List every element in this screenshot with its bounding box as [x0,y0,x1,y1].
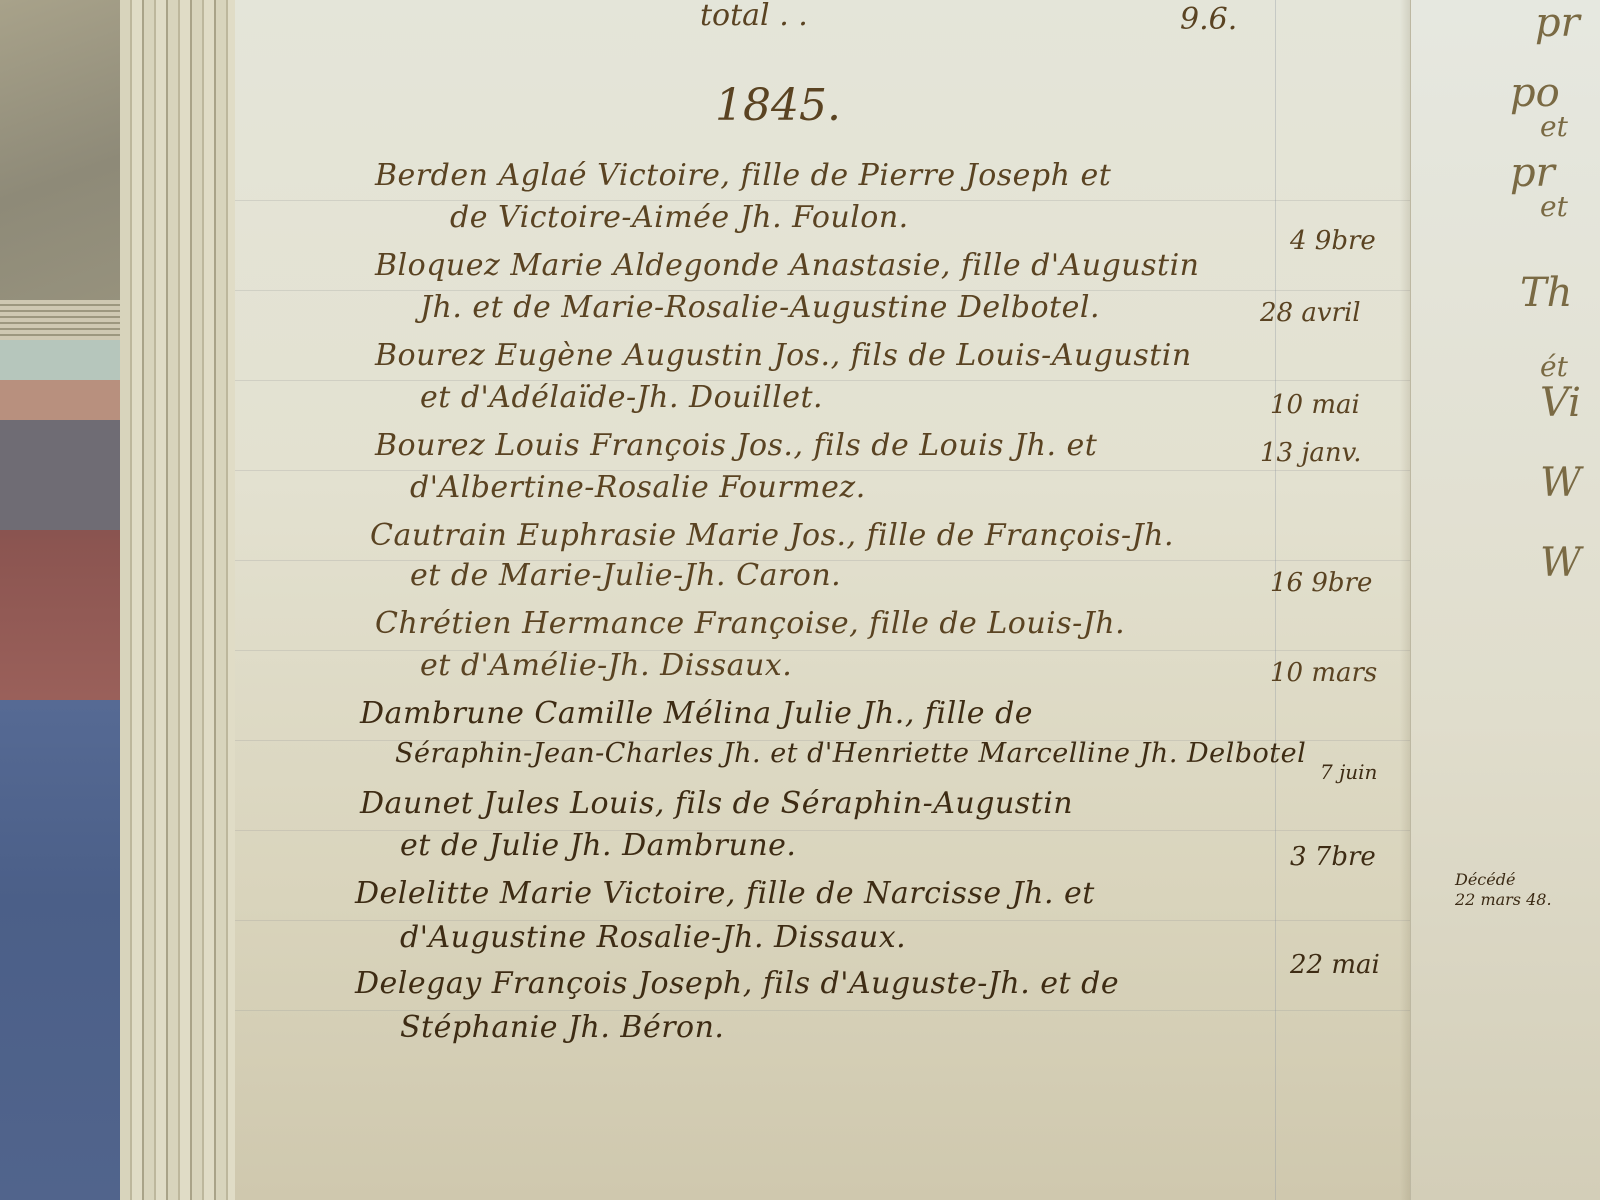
register-year: 1845. [715,80,841,131]
entry-date: 10 mars [1270,658,1377,688]
entry-parent-line: et de Marie-Julie-Jh. Caron. [410,558,841,593]
desk-surface-red [0,530,140,700]
entry-name-line: Bourez Louis François Jos., fils de Loui… [375,428,1097,463]
margin-note-deceased: Décédé [1455,870,1515,889]
entry-name-line: Chrétien Hermance Françoise, fille de Lo… [375,606,1125,641]
header-total-value: 9.6. [1180,2,1237,37]
entry-parent-line: Jh. et de Marie-Rosalie-Augustine Delbot… [420,290,1100,325]
entry-name-line: Delelitte Marie Victoire, fille de Narci… [355,876,1095,911]
desk-surface-blue [0,700,140,1200]
entry-name-line: Bloquez Marie Aldegonde Anastasie, fille… [375,248,1199,283]
entry-parent-line: et d'Amélie-Jh. Dissaux. [420,648,792,683]
entry-date: 16 9bre [1270,568,1372,598]
entry-name-line: Bourez Eugène Augustin Jos., fils de Lou… [375,338,1192,373]
entry-name-line: Daunet Jules Louis, fils de Séraphin-Aug… [360,786,1073,821]
entry-date: 28 avril [1260,298,1361,328]
facing-page-fragment: et [1540,110,1568,143]
entry-parent-line: Stéphanie Jh. Béron. [400,1010,724,1045]
entry-date: 3 7bre [1290,842,1376,872]
entry-parent-line: d'Augustine Rosalie-Jh. Dissaux. [400,920,906,955]
entry-date: 22 mai [1290,950,1380,980]
facing-page-fragment: pr [1535,0,1580,46]
margin-note-date: 22 mars 48. [1455,890,1552,909]
worn-page-edges [120,0,242,1200]
entry-parent-line: d'Albertine-Rosalie Fourmez. [410,470,866,505]
facing-page-fragment: W [1540,540,1581,586]
entry-date: 4 9bre [1290,226,1376,256]
header-total-label: total . . [700,0,808,33]
entry-parent-line: et de Julie Jh. Dambrune. [400,828,796,863]
entry-parent-line: et d'Adélaïde-Jh. Douillet. [420,380,823,415]
desk-object-grey [0,420,140,530]
entry-name-line: Berden Aglaé Victoire, fille de Pierre J… [375,158,1111,193]
entry-name-line: Delegay François Joseph, fils d'Auguste-… [355,966,1119,1001]
facing-page [1410,0,1600,1200]
entry-name-line: Cautrain Euphrasie Marie Jos., fille de … [370,518,1174,553]
entry-date: 7 juin [1320,760,1377,784]
entry-date: 13 janv. [1260,438,1362,468]
facing-page-fragment: W [1540,460,1581,506]
entry-date: 10 mai [1270,390,1360,420]
facing-page-fragment: Th [1520,270,1572,316]
entry-name-line: Dambrune Camille Mélina Julie Jh., fille… [360,696,1033,731]
facing-page-fragment: ét [1540,350,1568,383]
facing-page-fragment: Vi [1540,380,1581,426]
entry-parent-line: Séraphin-Jean-Charles Jh. et d'Henriette… [395,738,1306,769]
facing-page-fragment: et [1540,190,1568,223]
entry-parent-line: de Victoire-Aimée Jh. Foulon. [450,200,909,235]
